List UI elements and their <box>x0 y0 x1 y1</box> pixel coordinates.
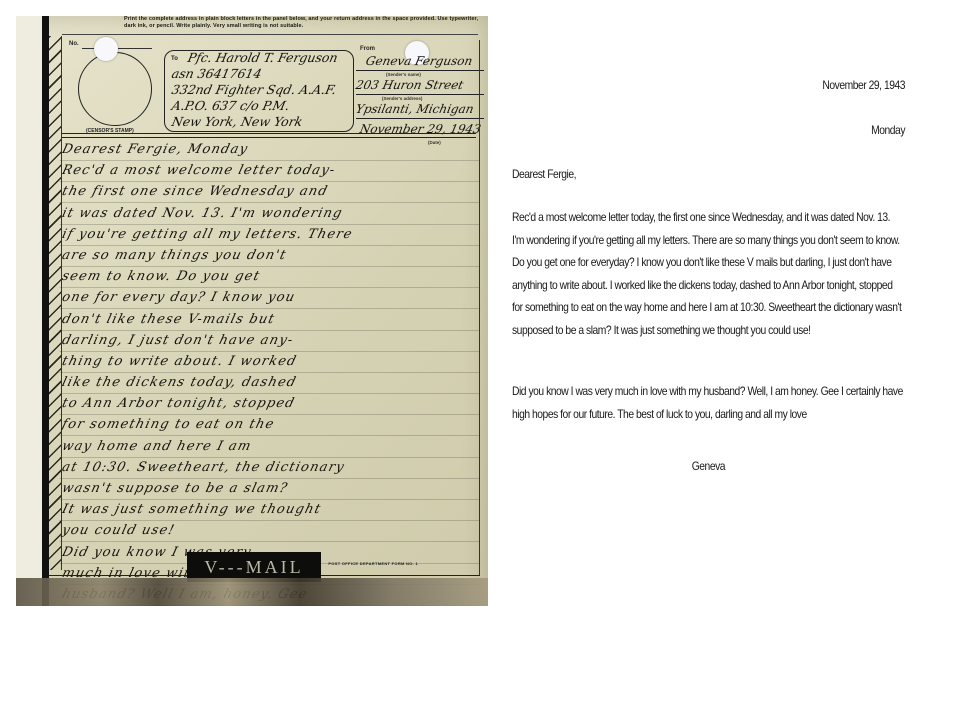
to-address-line: A.P.O. 637 c/o P.M. <box>170 98 291 113</box>
letter-weekday: Monday <box>871 123 905 137</box>
salutation: Dearest Fergie, <box>512 167 576 181</box>
from-rule <box>356 118 484 119</box>
to-address-line: 332nd Fighter Sqd. A.A.F. <box>170 82 337 97</box>
handwritten-line: seem to know. Do you get <box>59 267 484 288</box>
paragraph-line: I'm wondering if you're getting all my l… <box>512 229 908 252</box>
senders-name-label: (Sender's name) <box>386 72 421 77</box>
paragraph: Did you know I was very much in love wit… <box>512 380 908 425</box>
from-rule <box>356 70 484 71</box>
form-footer-code: POST OFFICE DEPARTMENT FORM NO. 1 <box>328 561 418 566</box>
handwritten-line: the first one since Wednesday and <box>59 182 484 203</box>
vmail-letter-scan: Print the complete address in plain bloc… <box>16 16 488 606</box>
to-address-line: New York, New York <box>170 114 304 129</box>
form-right-border <box>479 40 480 576</box>
handwritten-line: at 10:30. Sweetheart, the dictionary <box>59 458 484 479</box>
form-instructions: Print the complete address in plain bloc… <box>124 16 484 29</box>
paragraph-line: Did you know I was very much in love wit… <box>512 380 908 403</box>
signature: Geneva <box>692 459 725 473</box>
punch-hole-icon <box>94 37 118 61</box>
senders-address-label: (Sender's address) <box>382 96 422 101</box>
censor-stamp-circle <box>78 52 152 126</box>
top-rule <box>62 34 478 35</box>
handwritten-line: are so many things you don't <box>59 246 484 267</box>
from-label: From <box>360 46 375 52</box>
from-rule <box>356 94 484 95</box>
to-address-line: Pfc. Harold T. Ferguson <box>186 50 339 65</box>
paragraph-line: high hopes for our future. The best of l… <box>512 403 908 426</box>
header-rule <box>62 137 476 138</box>
to-address-line: asn 36417614 <box>170 66 263 81</box>
handwritten-line: wasn't suppose to be a slam? <box>59 479 484 500</box>
from-street: 203 Huron Street <box>355 78 465 92</box>
to-label: To <box>171 56 178 62</box>
paragraph-line: supposed to be a slam? It was just somet… <box>512 319 908 342</box>
handwritten-line: It was just something we thought <box>59 500 484 521</box>
from-city: Ypsilanti, Michigan <box>355 102 476 116</box>
handwritten-line: thing to write about. I worked <box>59 352 484 373</box>
handwritten-body: Dearest Fergie, Monday Rec'd a most welc… <box>62 140 482 606</box>
number-label: No. <box>69 41 79 47</box>
paper-margin <box>16 16 42 606</box>
handwritten-line: Rec'd a most welcome letter today- <box>59 161 484 182</box>
paragraph-line: Do you get one for everyday? I know you … <box>512 251 908 274</box>
paragraph-line: anything to write about. I worked like t… <box>512 274 908 297</box>
from-name: Geneva Ferguson <box>365 54 474 68</box>
handwritten-line: way home and here I am <box>59 437 484 458</box>
handwritten-line: like the dickens today, dashed <box>59 373 484 394</box>
form-spine-bar <box>42 16 49 606</box>
header-rule <box>62 133 476 134</box>
paragraph-line: Rec'd a most welcome letter today, the f… <box>512 206 908 229</box>
handwritten-line: to Ann Arbor tonight, stopped <box>59 394 484 415</box>
handwritten-line: don't like these V-mails but <box>59 310 484 331</box>
handwritten-line: darling, I just don't have any- <box>59 331 484 352</box>
handwritten-line: Dearest Fergie, Monday <box>59 140 484 161</box>
handwritten-line: for something to eat on the <box>59 415 484 436</box>
handwritten-line: you could use! <box>59 521 484 542</box>
handwritten-line: it was dated Nov. 13. I'm wondering <box>59 204 484 225</box>
paragraph-line: for something to eat on the way home and… <box>512 296 908 319</box>
paragraph: Rec'd a most welcome letter today, the f… <box>512 206 908 341</box>
handwritten-line: if you're getting all my letters. There <box>59 225 484 246</box>
letter-date: November 29, 1943 <box>822 78 905 92</box>
handwritten-line: one for every day? I know you <box>59 288 484 309</box>
scan-bottom-edge <box>16 578 488 606</box>
